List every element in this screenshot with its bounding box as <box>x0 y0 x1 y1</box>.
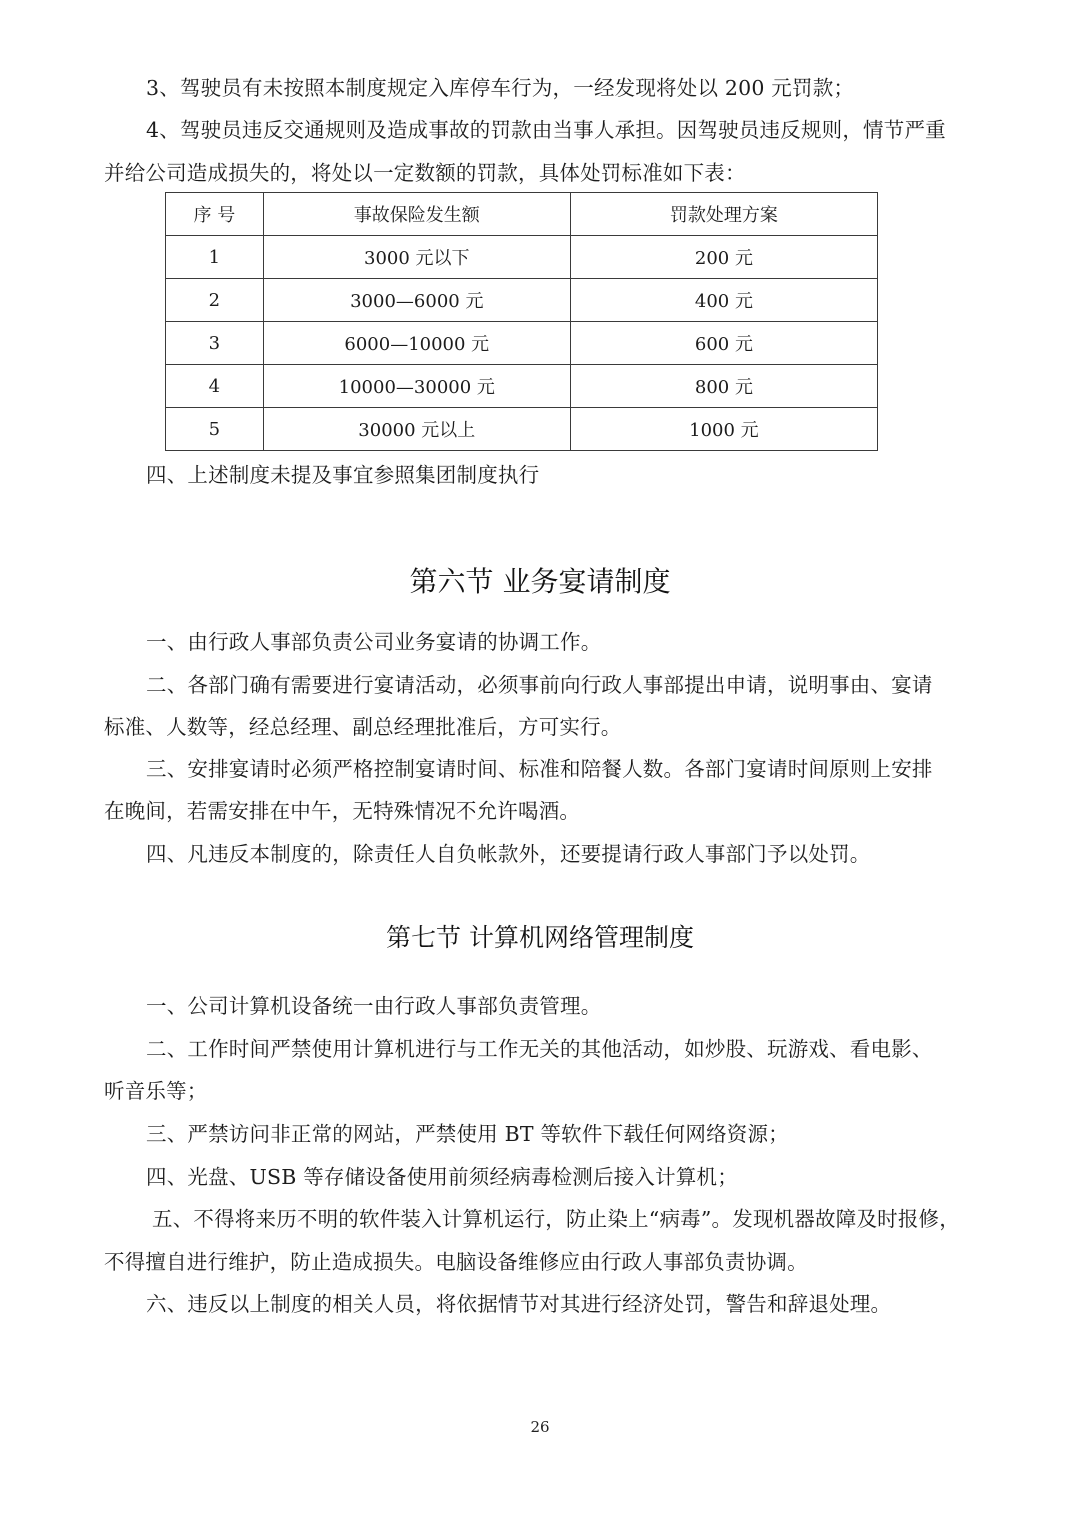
table-cell: 3000—6000 元 <box>263 279 570 322</box>
table-cell: 2 <box>166 279 264 322</box>
header-cell-index: 序 号 <box>166 193 264 236</box>
table-header-row: 序 号 事故保险发生额 罚款处理方案 <box>166 193 878 236</box>
table-row: 3 6000—10000 元 600 元 <box>166 322 878 365</box>
paragraph-line: 四、凡违反本制度的，除责任人自负帐款外，还要提请行政人事部门予以处罚。 <box>146 842 871 866</box>
section-heading-six: 第六节 业务宴请制度 <box>0 560 1080 600</box>
table-row: 1 3000 元以下 200 元 <box>166 236 878 279</box>
paragraph-line: 听音乐等； <box>104 1079 208 1103</box>
paragraph-line: 在晚间，若需安排在中午，无特殊情况不允许喝酒。 <box>104 799 580 823</box>
paragraph-line: 二、工作时间严禁使用计算机进行与工作无关的其他活动，如炒股、玩游戏、看电影、 <box>146 1037 933 1061</box>
page-number: 26 <box>0 1418 1080 1436</box>
paragraph-line: 四、光盘、USB 等存储设备使用前须经病毒检测后接入计算机； <box>146 1165 738 1189</box>
paragraph-line: 4、驾驶员违反交通规则及造成事故的罚款由当事人承担。因驾驶员违反规则，情节严重 <box>146 118 946 142</box>
table-cell: 6000—10000 元 <box>263 322 570 365</box>
paragraph-line: 二、各部门确有需要进行宴请活动，必须事前向行政人事部提出申请，说明事由、宴请 <box>146 673 933 697</box>
table-cell: 3 <box>166 322 264 365</box>
table-cell: 200 元 <box>570 236 877 279</box>
paragraph-line: 并给公司造成损失的，将处以一定数额的罚款，具体处罚标准如下表： <box>104 161 746 185</box>
table-cell: 1 <box>166 236 264 279</box>
section-heading-seven: 第七节 计算机网络管理制度 <box>0 918 1080 954</box>
paragraph-line: 四、上述制度未提及事宜参照集团制度执行 <box>146 463 539 487</box>
table-row: 2 3000—6000 元 400 元 <box>166 279 878 322</box>
table-cell: 4 <box>166 365 264 408</box>
paragraph-line: 三、严禁访问非正常的网站，严禁使用 BT 等软件下载任何网络资源； <box>146 1122 789 1146</box>
header-cell-fine-plan: 罚款处理方案 <box>570 193 877 236</box>
table-cell: 30000 元以上 <box>263 408 570 451</box>
table-cell: 10000—30000 元 <box>263 365 570 408</box>
paragraph-line: 五、不得将来历不明的软件装入计算机运行，防止染上“病毒”。发现机器故障及时报修， <box>152 1207 960 1231</box>
table-cell: 1000 元 <box>570 408 877 451</box>
fine-standard-table: 序 号 事故保险发生额 罚款处理方案 1 3000 元以下 200 元 2 30… <box>165 192 878 451</box>
paragraph-line: 3、驾驶员有未按照本制度规定入库停车行为，一经发现将处以 200 元罚款； <box>146 76 854 100</box>
header-cell-insurance-amount: 事故保险发生额 <box>263 193 570 236</box>
paragraph-line: 六、违反以上制度的相关人员，将依据情节对其进行经济处罚，警告和辞退处理。 <box>146 1292 891 1316</box>
paragraph-line: 标准、人数等，经总经理、副总经理批准后，方可实行。 <box>104 715 622 739</box>
paragraph-line: 一、由行政人事部负责公司业务宴请的协调工作。 <box>146 630 601 654</box>
table-cell: 5 <box>166 408 264 451</box>
table-cell: 800 元 <box>570 365 877 408</box>
table-row: 4 10000—30000 元 800 元 <box>166 365 878 408</box>
table-cell: 3000 元以下 <box>263 236 570 279</box>
table-cell: 600 元 <box>570 322 877 365</box>
table-cell: 400 元 <box>570 279 877 322</box>
paragraph-line: 不得擅自进行维护，防止造成损失。电脑设备维修应由行政人事部负责协调。 <box>104 1250 808 1274</box>
paragraph-line: 一、公司计算机设备统一由行政人事部负责管理。 <box>146 994 601 1018</box>
table-row: 5 30000 元以上 1000 元 <box>166 408 878 451</box>
paragraph-line: 三、安排宴请时必须严格控制宴请时间、标准和陪餐人数。各部门宴请时间原则上安排 <box>146 757 933 781</box>
